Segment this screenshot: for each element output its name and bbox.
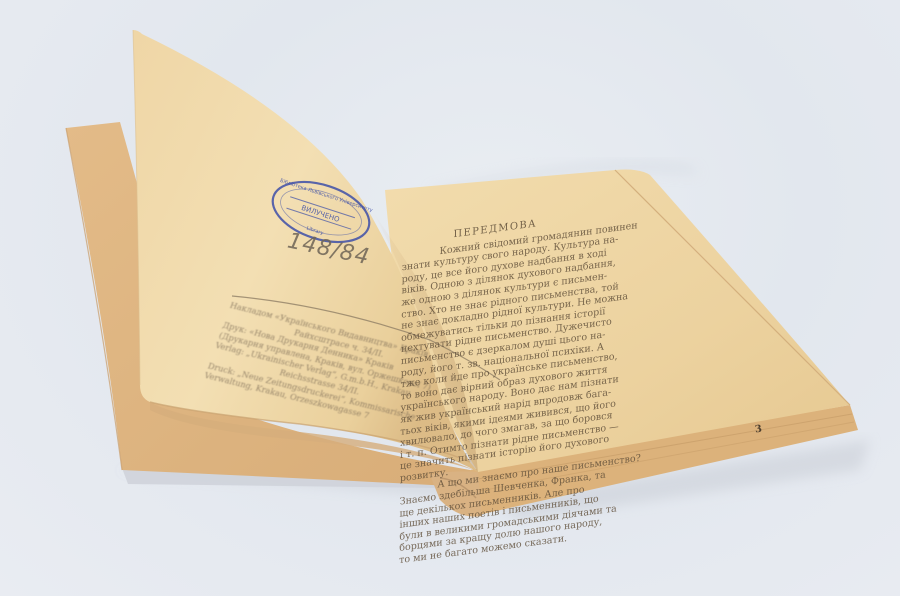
photo-scene: Бібліотека Львівського Університету ВИЛУ… (0, 0, 900, 596)
preface-page-text: ПЕРЕДМОВА Кожний свідомий громадянин пов… (399, 181, 818, 567)
page-number: 3 (754, 424, 762, 436)
